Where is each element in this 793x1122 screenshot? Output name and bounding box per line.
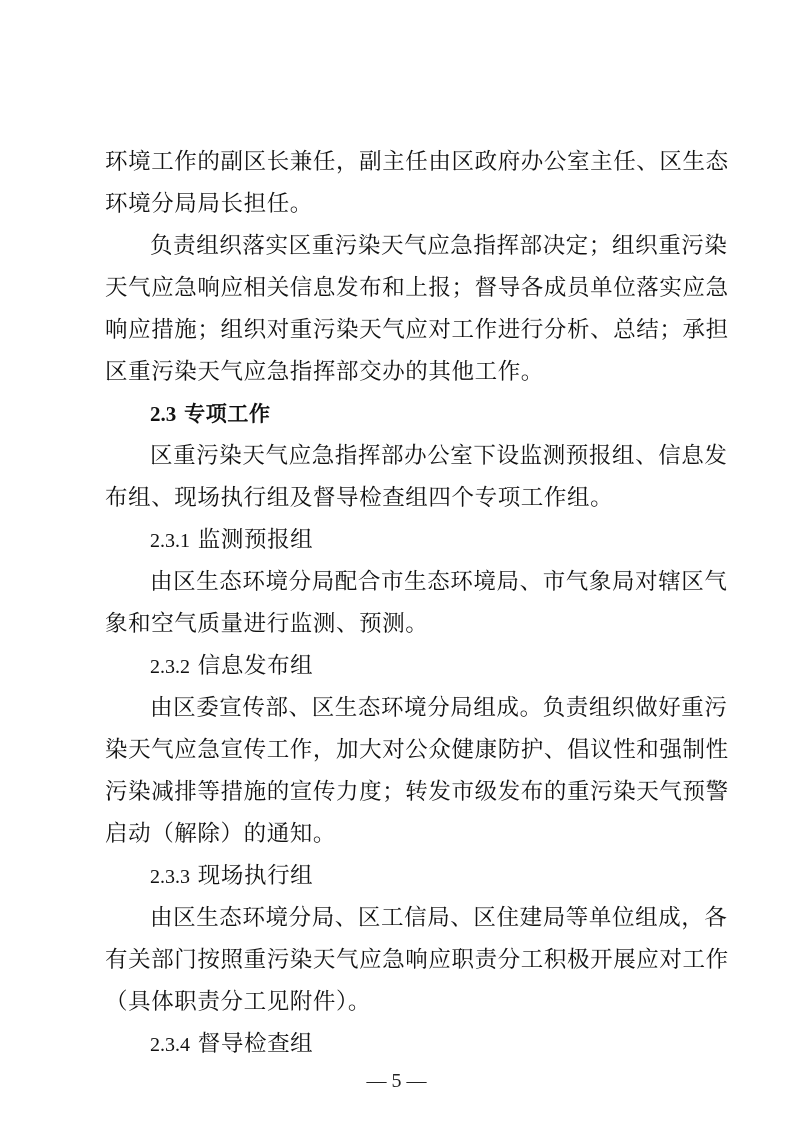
paragraph-line: 布组、现场执行组及督导检查组四个专项工作组。 [105, 483, 689, 513]
section-number: 2.3.1 [150, 530, 190, 552]
section-heading-2-3: 2.3 专项工作 [150, 399, 690, 429]
section-number: 2.3.2 [150, 656, 190, 678]
section-number: 2.3.3 [150, 866, 190, 888]
paragraph-line: 染天气应急宣传工作，加大对公众健康防护、倡议性和强制性 [105, 735, 689, 765]
paragraph-line: 响应措施；组织对重污染天气应对工作进行分析、总结；承担 [105, 315, 689, 345]
section-number: 2.3.4 [150, 1034, 190, 1056]
paragraph-line: 启动（解除）的通知。 [105, 819, 689, 849]
section-heading-2-3-2: 2.3.2 信息发布组 [150, 651, 690, 681]
paragraph-line: 区重污染天气应急指挥部办公室下设监测预报组、信息发 [150, 441, 690, 471]
page-number: — 5 — [0, 1070, 793, 1093]
section-title: 信息发布组 [198, 653, 314, 679]
paragraph-line: 区重污染天气应急指挥部交办的其他工作。 [105, 357, 689, 387]
document-page: 环境工作的副区长兼任，副主任由区政府办公室主任、区生态 环境分局局长担任。 负责… [0, 0, 793, 1122]
paragraph-line: 负责组织落实区重污染天气应急指挥部决定；组织重污染 [150, 231, 690, 261]
section-title: 现场执行组 [198, 863, 314, 889]
paragraph-line: 污染减排等措施的宣传力度；转发市级发布的重污染天气预警 [105, 777, 689, 807]
paragraph-line: 象和空气质量进行监测、预测。 [105, 609, 689, 639]
section-heading-2-3-1: 2.3.1 监测预报组 [150, 525, 690, 555]
section-title: 督导检查组 [198, 1031, 314, 1057]
paragraph-line: 由区生态环境分局、区工信局、区住建局等单位组成，各 [150, 903, 690, 933]
section-number: 2.3 [150, 402, 176, 426]
paragraph-line: 环境工作的副区长兼任，副主任由区政府办公室主任、区生态 [105, 147, 689, 177]
section-heading-2-3-4: 2.3.4 督导检查组 [150, 1029, 690, 1059]
paragraph-line: 环境分局局长担任。 [105, 189, 689, 219]
paragraph-line: 天气应急响应相关信息发布和上报；督导各成员单位落实应急 [105, 273, 689, 303]
paragraph-line: （具体职责分工见附件）。 [105, 987, 689, 1017]
section-title: 监测预报组 [198, 527, 314, 553]
section-heading-2-3-3: 2.3.3 现场执行组 [150, 861, 690, 891]
section-title: 专项工作 [184, 402, 270, 426]
paragraph-line: 有关部门按照重污染天气应急响应职责分工积极开展应对工作 [105, 945, 689, 975]
paragraph-line: 由区委宣传部、区生态环境分局组成。负责组织做好重污 [150, 693, 690, 723]
paragraph-line: 由区生态环境分局配合市生态环境局、市气象局对辖区气 [150, 567, 690, 597]
